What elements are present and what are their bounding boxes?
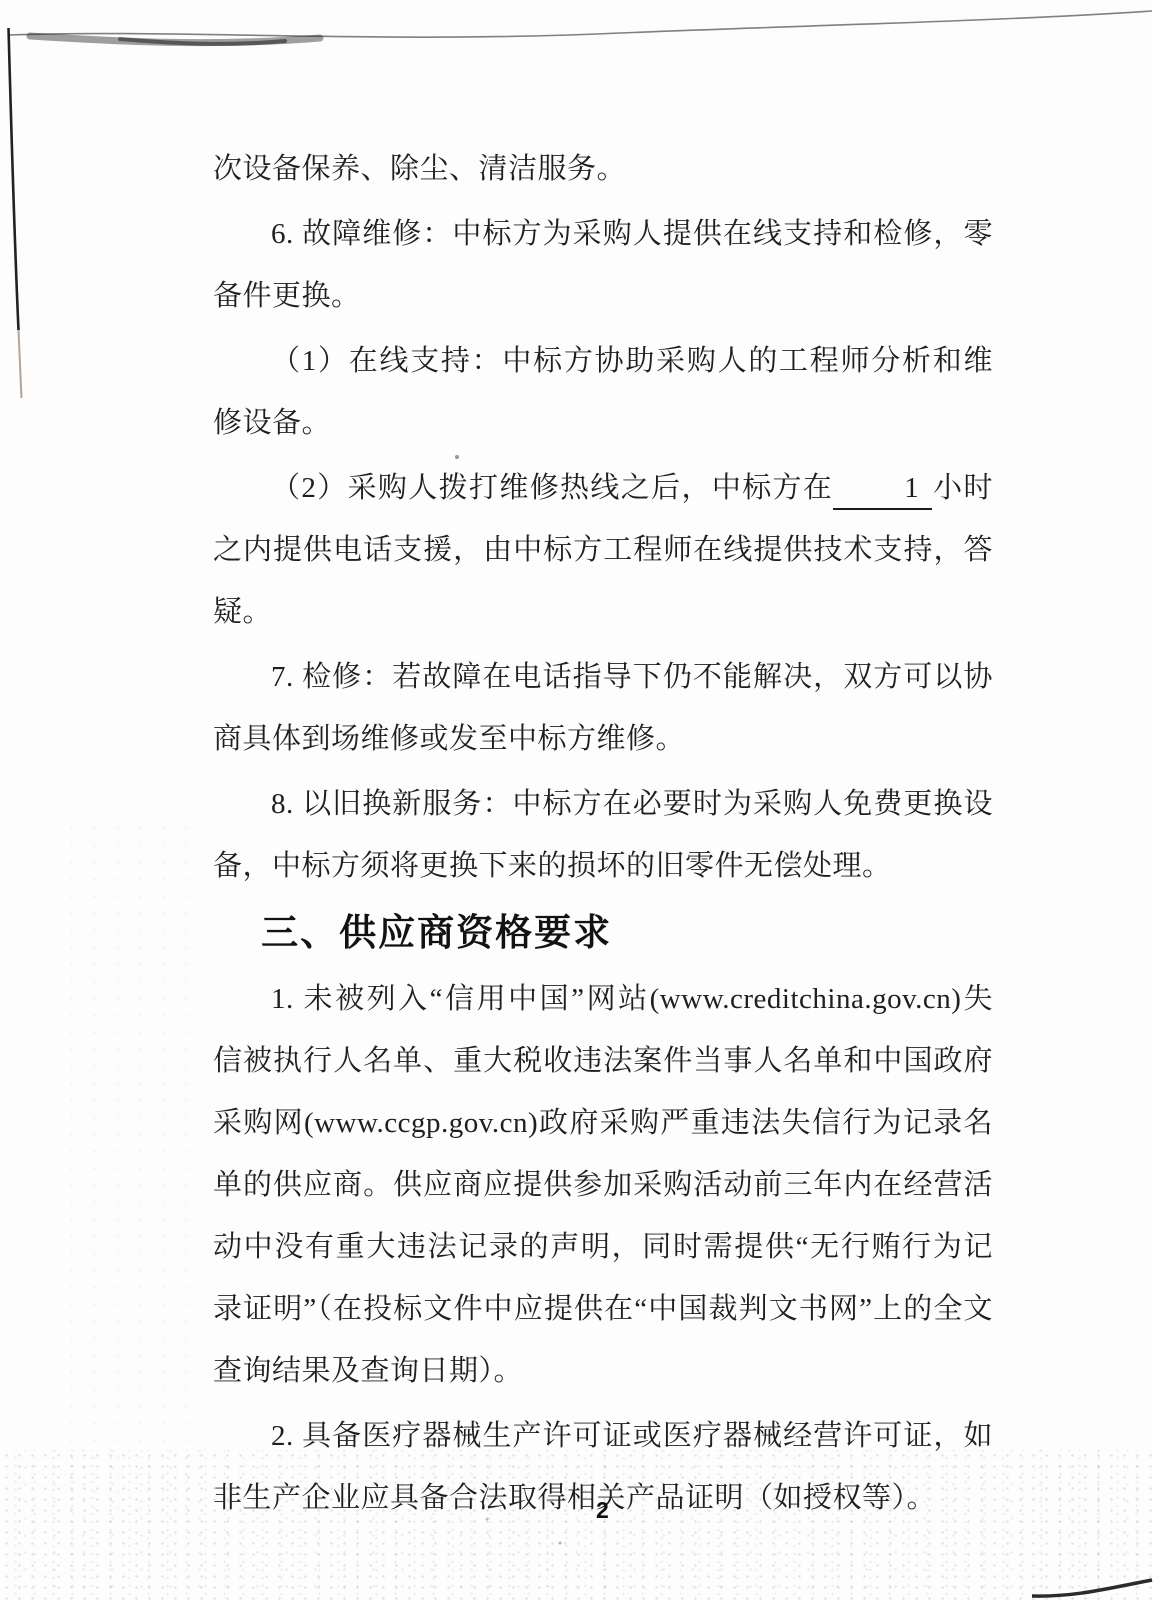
paragraph-6-2-hotline-response: （2）采购人拨打维修热线之后，中标方在1小时之内提供电话支援，由中标方工程师在线… — [213, 457, 993, 643]
page-number: 2 — [596, 1497, 609, 1524]
section-heading-supplier-qualifications: 三、供应商资格要求 — [213, 900, 993, 966]
paragraph-6-fault-repair: 6. 故障维修：中标方为采购人提供在线支持和检修，零备件更换。 — [213, 203, 993, 327]
paragraph-6-1-online-support: （1）在线支持：中标方协助采购人的工程师分析和维修设备。 — [213, 330, 993, 454]
paragraph-maintenance-tail: 次设备保养、除尘、清洁服务。 — [213, 138, 993, 200]
scanned-document-page: 次设备保养、除尘、清洁服务。 6. 故障维修：中标方为采购人提供在线支持和检修，… — [0, 0, 1153, 1600]
scan-noise-left — [60, 820, 190, 1520]
paragraph-8-trade-in-service: 8. 以旧换新服务：中标方在必要时为采购人免费更换设备，中标方须将更换下来的损坏… — [213, 773, 993, 897]
paragraph-qualification-1-credit-records: 1. 未被列入“信用中国”网站(www.creditchina.gov.cn)失… — [213, 968, 993, 1402]
paragraph-7-inspection-repair: 7. 检修：若故障在电话指导下仍不能解决，双方可以协商具体到场维修或发至中标方维… — [213, 646, 993, 770]
document-body: 次设备保养、除尘、清洁服务。 6. 故障维修：中标方为采购人提供在线支持和检修，… — [213, 138, 993, 1532]
hotline-text-before: （2）采购人拨打维修热线之后，中标方在 — [271, 472, 833, 504]
response-hours-underlined-value: 1 — [833, 468, 932, 510]
